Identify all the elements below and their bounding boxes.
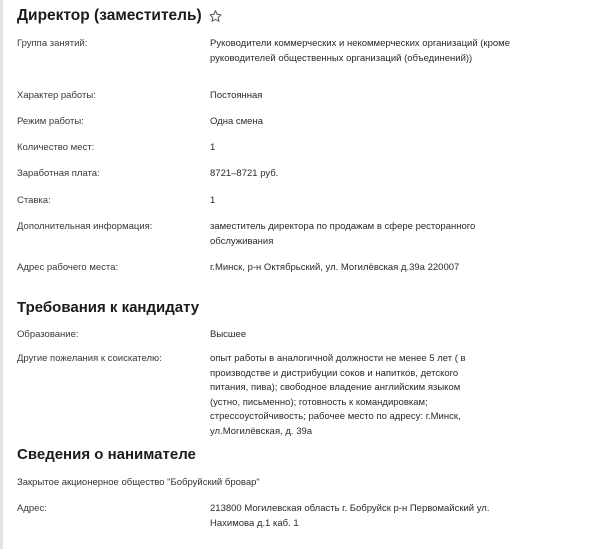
detail-label: Режим работы: [17, 115, 207, 130]
detail-value: Одна смена [210, 115, 480, 130]
detail-value: Руководители коммерческих и некоммерческ… [210, 37, 510, 66]
detail-value: г.Минск, р-н Октябрьский, ул. Могилёвска… [210, 261, 510, 276]
detail-label: Заработная плата: [17, 167, 207, 182]
detail-value: заместитель директора по продажам в сфер… [210, 220, 480, 249]
detail-value: опыт работы в аналогичной должности не м… [210, 352, 480, 439]
section-title-employer: Сведения о нанимателе [17, 445, 196, 465]
detail-value: 1 [210, 141, 480, 156]
title-row: Директор (заместитель) [17, 6, 223, 26]
detail-value: 8721–8721 руб. [210, 167, 480, 182]
detail-label: Ставка: [17, 194, 207, 209]
section-title-requirements: Требования к кандидату [17, 298, 199, 318]
employer-name: Закрытое акционерное общество "Бобруйски… [17, 476, 260, 491]
star-outline-icon[interactable] [208, 9, 223, 24]
detail-label: Другие пожелания к соискателю: [17, 352, 207, 367]
detail-label: Адрес: [17, 502, 207, 517]
detail-label: Адрес рабочего места: [17, 261, 207, 276]
job-title: Директор (заместитель) [17, 6, 202, 26]
detail-value: Постоянная [210, 89, 480, 104]
detail-label: Характер работы: [17, 89, 207, 104]
detail-label: Образование: [17, 328, 207, 343]
detail-value: 213800 Могилевская область г. Бобруйск р… [210, 502, 510, 531]
detail-label: Группа занятий: [17, 37, 207, 52]
detail-value: Высшее [210, 328, 480, 343]
detail-value: 1 [210, 194, 480, 209]
detail-label: Дополнительная информация: [17, 220, 207, 235]
vacancy-page: Директор (заместитель) Группа занятий: Р… [0, 0, 590, 549]
detail-label: Количество мест: [17, 141, 207, 156]
